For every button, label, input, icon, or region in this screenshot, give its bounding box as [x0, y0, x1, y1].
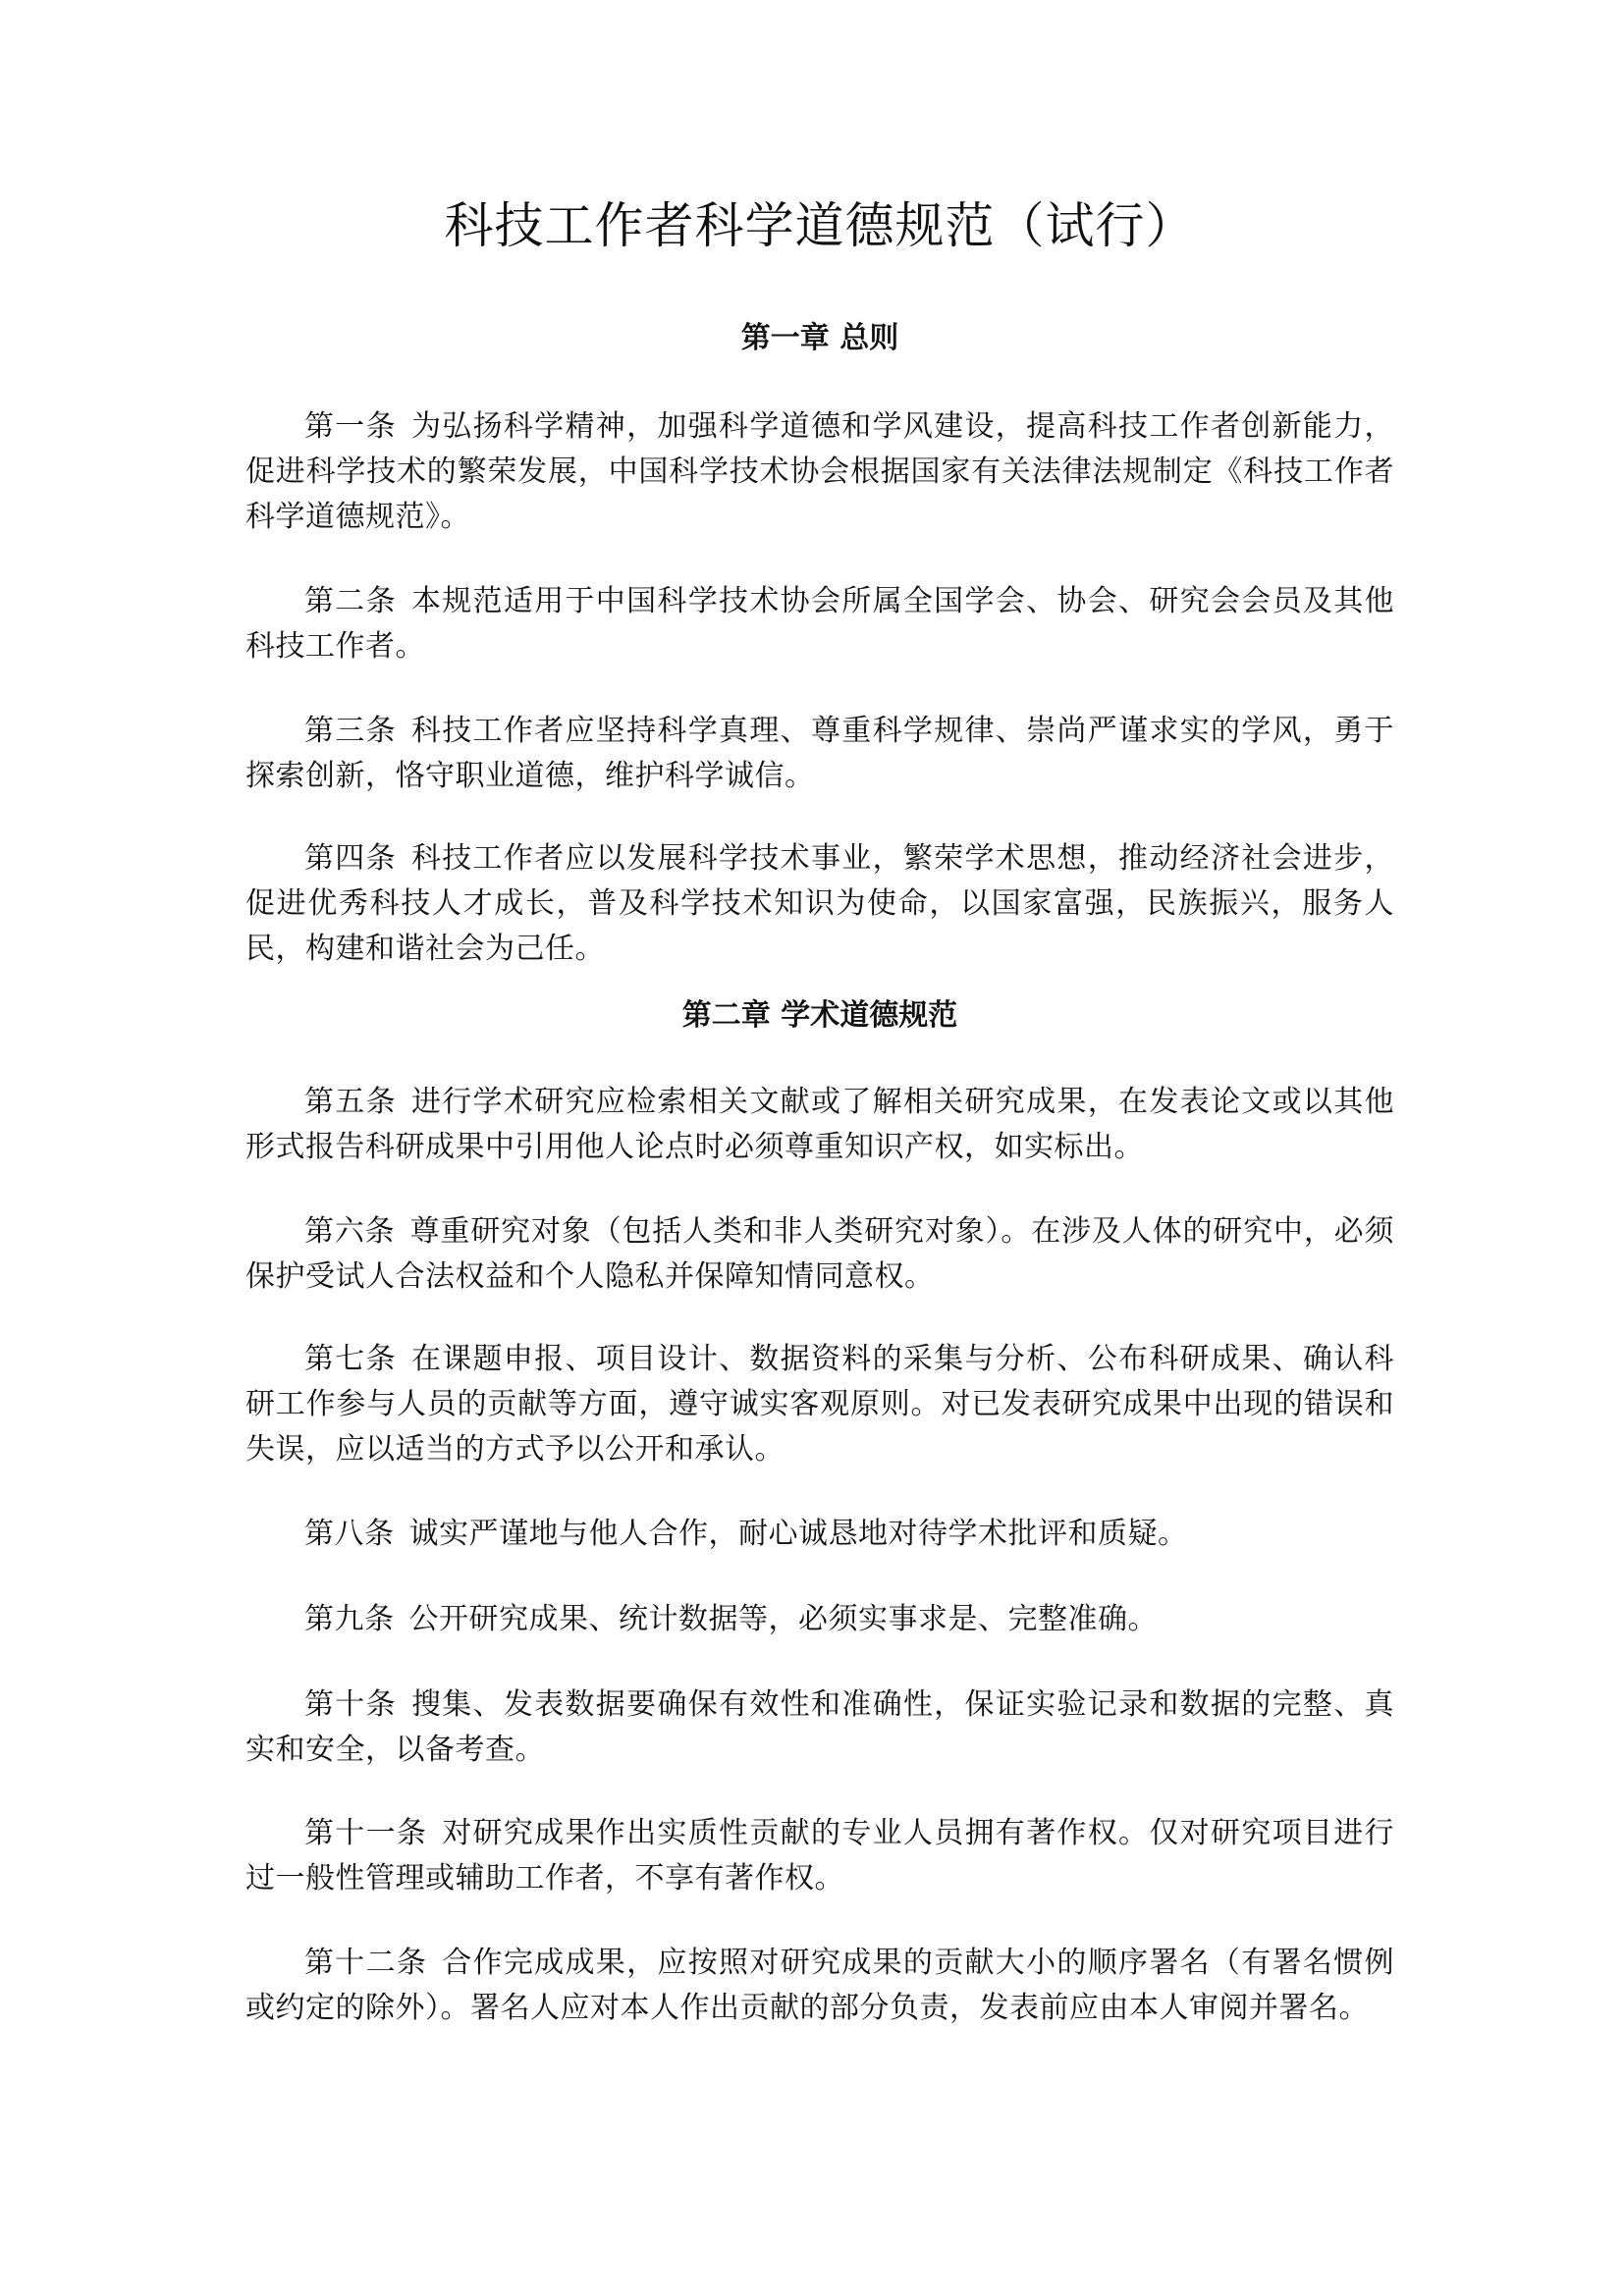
article-text: 诚实严谨地与他人合作，耐心诚恳地对待学术批评和质疑。 — [409, 1517, 1188, 1551]
article: 第十一条对研究成果作出实质性贡献的专业人员拥有著作权。仅对研究项目进行过一般性管… — [245, 1811, 1394, 1901]
article-text: 为弘扬科学精神，加强科学道德和学风建设，提高科技工作者创新能力，促进科学技术的繁… — [245, 409, 1394, 534]
article: 第八条诚实严谨地与他人合作，耐心诚恳地对待学术批评和质疑。 — [245, 1512, 1394, 1557]
article-text: 公开研究成果、统计数据等，必须实事求是、完整准确。 — [409, 1602, 1159, 1636]
article: 第九条公开研究成果、统计数据等，必须实事求是、完整准确。 — [245, 1597, 1394, 1642]
article: 第一条为弘扬科学精神，加强科学道德和学风建设，提高科技工作者创新能力，促进科学技… — [245, 404, 1394, 540]
article-text: 科技工作者应坚持科学真理、尊重科学规律、崇尚严谨求实的学风，勇于探索创新，恪守职… — [245, 714, 1394, 793]
article: 第六条尊重研究对象（包括人类和非人类研究对象）。在涉及人体的研究中，必须保护受试… — [245, 1209, 1394, 1300]
article: 第四条科技工作者应以发展科学技术事业，繁荣学术思想，推动经济社会进步，促进优秀科… — [245, 836, 1394, 972]
article-number: 第五条 — [304, 1085, 397, 1119]
article-number: 第八条 — [304, 1517, 395, 1551]
article-text: 在课题申报、项目设计、数据资料的采集与分析、公布科研成果、确认科研工作参与人员的… — [245, 1342, 1394, 1467]
article: 第二条本规范适用于中国科学技术协会所属全国学会、协会、研究会会员及其他科技工作者… — [245, 579, 1394, 669]
document-title: 科技工作者科学道德规范（试行） — [245, 196, 1394, 255]
article-text: 科技工作者应以发展科学技术事业，繁荣学术思想，推动经济社会进步，促进优秀科技人才… — [245, 841, 1394, 966]
article-number: 第十二条 — [304, 1946, 427, 1980]
article-number: 第十条 — [304, 1687, 397, 1722]
chapter-heading: 第一章 总则 — [245, 319, 1394, 358]
article-number: 第一条 — [304, 409, 397, 444]
article-number: 第六条 — [304, 1214, 396, 1249]
article: 第十条搜集、发表数据要确保有效性和准确性，保证实验记录和数据的完整、真实和安全，… — [245, 1682, 1394, 1773]
article-number: 第七条 — [304, 1342, 397, 1376]
article: 第七条在课题申报、项目设计、数据资料的采集与分析、公布科研成果、确认科研工作参与… — [245, 1337, 1394, 1472]
article: 第十二条合作完成成果，应按照对研究成果的贡献大小的顺序署名（有署名惯例或约定的除… — [245, 1941, 1394, 2031]
article-text: 尊重研究对象（包括人类和非人类研究对象）。在涉及人体的研究中，必须保护受试人合法… — [245, 1214, 1394, 1294]
chapter-heading: 第二章 学术道德规范 — [245, 996, 1394, 1036]
article-text: 本规范适用于中国科学技术协会所属全国学会、协会、研究会会员及其他科技工作者。 — [245, 584, 1394, 664]
article: 第三条科技工作者应坚持科学真理、尊重科学规律、崇尚严谨求实的学风，勇于探索创新，… — [245, 709, 1394, 799]
article-text: 进行学术研究应检索相关文献或了解相关研究成果，在发表论文或以其他形式报告科研成果… — [245, 1085, 1394, 1164]
article-number: 第九条 — [304, 1602, 395, 1636]
article: 第五条进行学术研究应检索相关文献或了解相关研究成果，在发表论文或以其他形式报告科… — [245, 1080, 1394, 1170]
article-number: 第二条 — [304, 584, 397, 618]
article-number: 第三条 — [304, 714, 397, 748]
article-number: 第四条 — [304, 841, 397, 876]
article-text: 搜集、发表数据要确保有效性和准确性，保证实验记录和数据的完整、真实和安全，以备考… — [245, 1687, 1394, 1767]
article-number: 第十一条 — [304, 1816, 427, 1850]
